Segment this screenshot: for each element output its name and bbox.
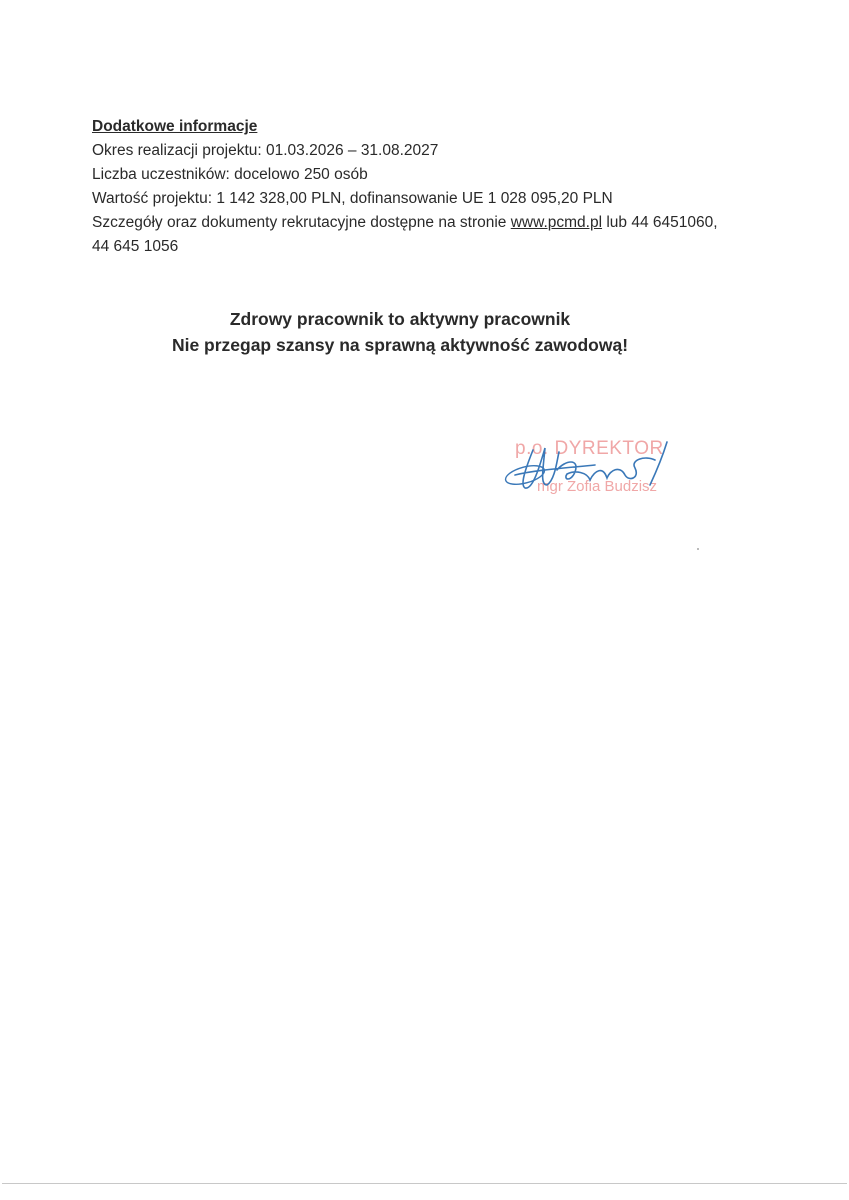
project-period: Okres realizacji projektu: 01.03.2026 – … <box>92 139 772 163</box>
phone-number: 44 645 1056 <box>92 235 772 259</box>
participants-count: Liczba uczestników: docelowo 250 osób <box>92 163 772 187</box>
website-link[interactable]: www.pcmd.pl <box>511 214 602 231</box>
director-stamp: p.o. DYREKTOR mgr Zofia Budzisz <box>495 430 705 510</box>
section-heading: Dodatkowe informacje <box>92 115 772 139</box>
details-line: Szczegóły oraz dokumenty rekrutacyjne do… <box>92 211 772 235</box>
details-suffix: lub 44 6451060, <box>602 214 718 231</box>
details-prefix: Szczegóły oraz dokumenty rekrutacyjne do… <box>92 214 511 231</box>
slogan-line-2: Nie przegap szansy na sprawną aktywność … <box>160 332 640 358</box>
additional-info-section: Dodatkowe informacje Okres realizacji pr… <box>92 115 772 259</box>
page-bottom-rule <box>2 1183 847 1184</box>
slogan: Zdrowy pracownik to aktywny pracownik Ni… <box>160 306 640 358</box>
slogan-line-1: Zdrowy pracownik to aktywny pracownik <box>160 306 640 332</box>
project-value: Wartość projektu: 1 142 328,00 PLN, dofi… <box>92 187 772 211</box>
scan-speck <box>697 548 699 550</box>
signature-icon <box>495 430 705 510</box>
